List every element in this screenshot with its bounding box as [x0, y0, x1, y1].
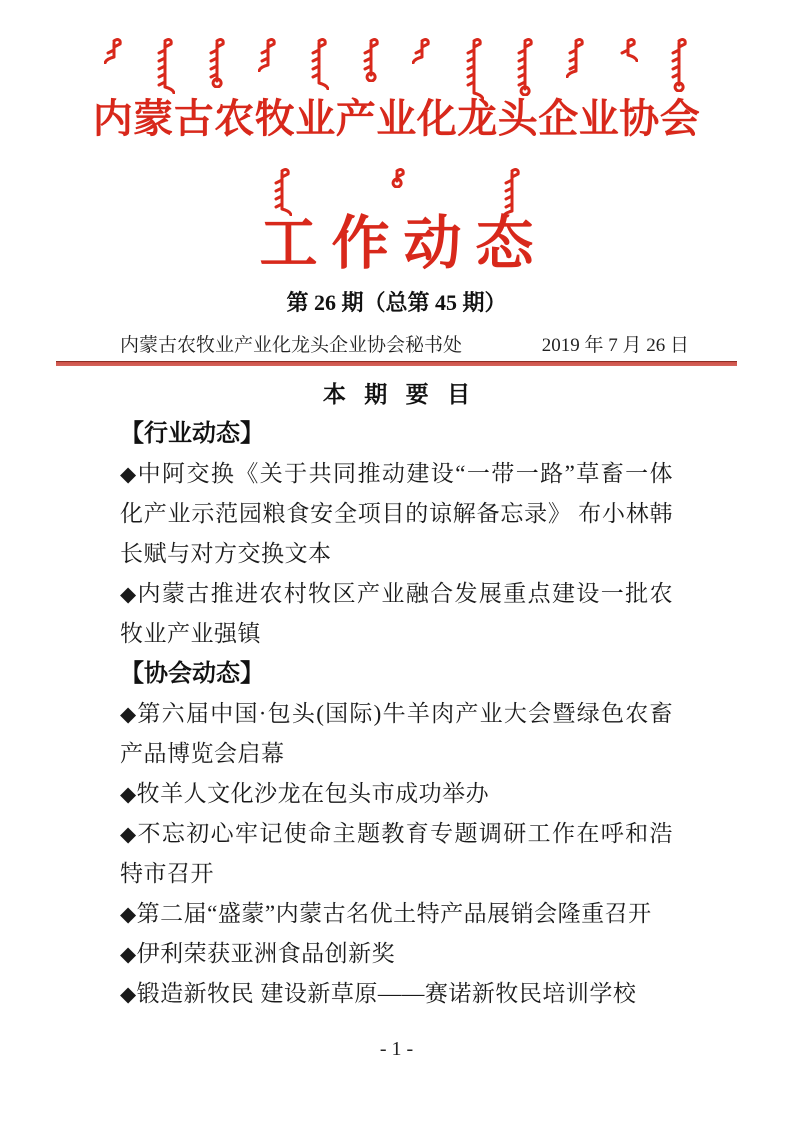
publisher: 内蒙古农牧业产业化龙头企业协会秘书处 — [120, 334, 462, 358]
red-divider-rule — [56, 361, 737, 366]
masthead: 内蒙古农牧业产业化龙头企业协会 工作动态 第 26 期（总第 45 期） 内蒙古… — [56, 38, 737, 366]
toc-item: ◆锻造新牧民 建设新草原——赛诺新牧民培训学校 — [120, 974, 673, 1014]
toc-item-text: 中阿交换《关于共同推动建设“一带一路”草畜一体化产业示范园粮食安全项目的谅解备忘… — [120, 461, 673, 566]
diamond-bullet-icon: ◆ — [120, 942, 137, 966]
mongolian-word-icon — [272, 168, 292, 216]
toc-item-text: 第二届“盛蒙”内蒙古名优土特产品展销会隆重召开 — [137, 901, 652, 926]
diamond-bullet-icon: ◆ — [120, 582, 138, 606]
mongolian-word-icon — [464, 38, 484, 100]
mongolian-word-icon — [361, 38, 381, 82]
toc-item: ◆内蒙古推进农村牧区产业融合发展重点建设一批农牧业产业强镇 — [120, 574, 673, 654]
toc-section-heading: 【行业动态】 — [120, 414, 673, 454]
mongolian-word-icon — [207, 38, 227, 88]
mongolian-word-icon — [104, 38, 124, 64]
toc-item-text: 锻造新牧民 建设新草原——赛诺新牧民培训学校 — [137, 981, 637, 1006]
toc-item-text: 第六届中国·包头(国际)牛羊肉产业大会暨绿色农畜产品博览会启幕 — [120, 701, 673, 766]
publication-date: 2019 年 7 月 26 日 — [542, 334, 689, 358]
mongolian-word-icon — [387, 168, 407, 188]
toc-item-text: 伊利荣获亚洲食品创新奖 — [137, 941, 396, 966]
toc-item: ◆伊利荣获亚洲食品创新奖 — [120, 934, 673, 974]
toc-list: 【行业动态】◆中阿交换《关于共同推动建设“一带一路”草畜一体化产业示范园粮食安全… — [120, 414, 673, 1014]
mongolian-word-icon — [155, 38, 175, 94]
issue-number: 第 26 期（总第 45 期） — [56, 290, 737, 316]
mongolian-word-icon — [566, 38, 586, 78]
toc-item-text: 牧羊人文化沙龙在包头市成功举办 — [137, 781, 490, 806]
toc-item: ◆中阿交换《关于共同推动建设“一带一路”草畜一体化产业示范园粮食安全项目的谅解备… — [120, 454, 673, 574]
diamond-bullet-icon: ◆ — [120, 782, 137, 806]
page-footer: - 1 - — [56, 1038, 737, 1060]
diamond-bullet-icon: ◆ — [120, 902, 137, 926]
mongolian-word-icon — [618, 38, 638, 62]
mongolian-word-icon — [258, 38, 278, 72]
mongolian-word-icon — [515, 38, 535, 96]
toc-item: ◆第二届“盛蒙”内蒙古名优土特产品展销会隆重召开 — [120, 894, 673, 934]
diamond-bullet-icon: ◆ — [120, 462, 138, 486]
mongolian-word-icon — [412, 38, 432, 64]
mongolian-word-icon — [309, 38, 329, 90]
mongolian-script-row-1 — [104, 38, 689, 96]
publication-line: 内蒙古农牧业产业化龙头企业协会秘书处 2019 年 7 月 26 日 — [56, 334, 737, 358]
org-title: 内蒙古农牧业产业化龙头企业协会 — [56, 96, 737, 142]
toc-item: ◆第六届中国·包头(国际)牛羊肉产业大会暨绿色农畜产品博览会启幕 — [120, 694, 673, 774]
diamond-bullet-icon: ◆ — [120, 702, 137, 726]
toc-item: ◆不忘初心牢记使命主题教育专题调研工作在呼和浩特市召开 — [120, 814, 673, 894]
contents-section: 本 期 要 目 【行业动态】◆中阿交换《关于共同推动建设“一带一路”草畜一体化产… — [56, 380, 737, 1014]
page-number: - 1 - — [380, 1038, 413, 1060]
toc-section-heading: 【协会动态】 — [120, 654, 673, 694]
doc-title: 工作动态 — [56, 214, 737, 274]
diamond-bullet-icon: ◆ — [120, 982, 137, 1006]
toc-item: ◆牧羊人文化沙龙在包头市成功举办 — [120, 774, 673, 814]
document-page: 内蒙古农牧业产业化龙头企业协会 工作动态 第 26 期（总第 45 期） 内蒙古… — [0, 0, 793, 1122]
mongolian-word-icon — [669, 38, 689, 92]
diamond-bullet-icon: ◆ — [120, 822, 138, 846]
contents-title: 本 期 要 目 — [56, 380, 737, 408]
toc-item-text: 内蒙古推进农村牧区产业融合发展重点建设一批农牧业产业强镇 — [120, 581, 673, 646]
toc-item-text: 不忘初心牢记使命主题教育专题调研工作在呼和浩特市召开 — [120, 821, 673, 886]
